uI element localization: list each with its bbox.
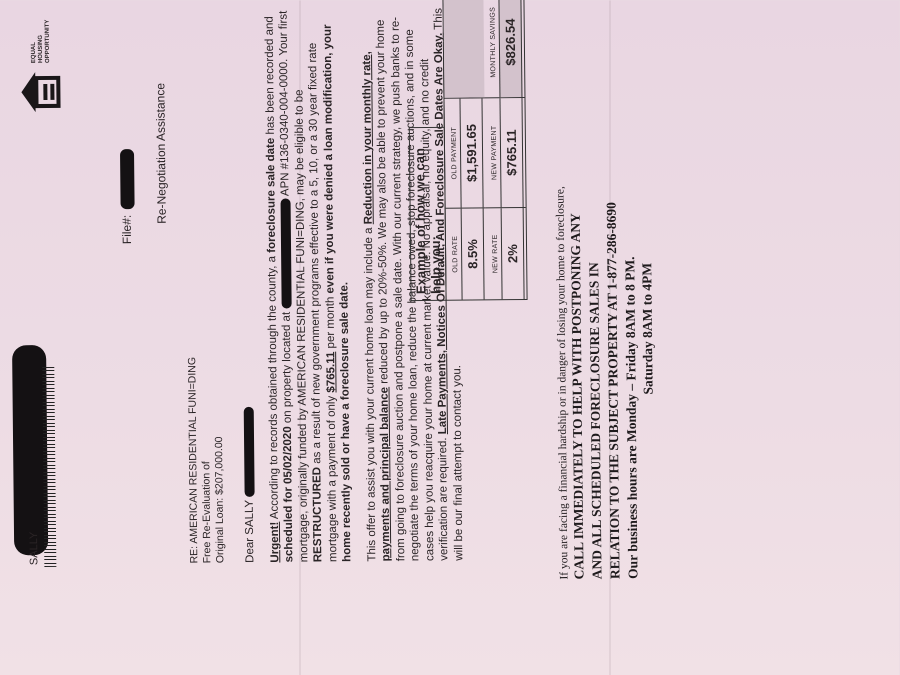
shaded-cell	[443, 0, 484, 98]
paragraph-1: Urgent! According to records obtained th…	[262, 2, 355, 563]
logo-text-line1: EQUAL HOUSING	[30, 13, 45, 63]
redacted-surname	[244, 407, 255, 497]
letter-page: SALLY EQUAL HOUSING OPPORTUNITY File#: R…	[0, 1, 900, 675]
new-rate-cell: NEW RATE 2%	[486, 207, 527, 299]
re-line: RE: AMERICAN RESIDENTIAL FUNI=DING	[186, 357, 201, 564]
savings-example-table: Example of how we can help you: OLD RATE…	[405, 0, 527, 301]
redacted-address	[280, 199, 291, 309]
logo-text-line2: OPPORTUNITY	[44, 13, 52, 63]
file-number: File#:	[119, 149, 135, 244]
example-title: Example of how we can help you:	[409, 127, 446, 301]
old-rate-cell: OLD RATE 8.5%	[446, 207, 487, 299]
equal-housing-logo: EQUAL HOUSING OPPORTUNITY	[21, 13, 62, 115]
file-label: File#:	[120, 215, 134, 244]
re-block: RE: AMERICAN RESIDENTIAL FUNI=DING Free …	[186, 357, 227, 564]
postal-barcode	[42, 367, 56, 567]
redacted-file-number	[120, 149, 135, 209]
equal-housing-house-icon	[21, 69, 61, 115]
recipient-name: SALLY	[28, 532, 40, 566]
call-to-action-notice: If you are facing a financial hardship o…	[553, 79, 658, 580]
salutation: Dear SALLY	[237, 3, 257, 563]
department-title: Re-Negotiation Assistance	[153, 83, 168, 224]
old-payment-cell: OLD PAYMENT $1,591.65	[444, 97, 485, 207]
new-payment-cell: NEW PAYMENT $765.11	[484, 97, 525, 207]
monthly-savings-cell: MONTHLY SAVINGS $826.54	[483, 0, 524, 97]
re-line: Original Loan: $207,000.00	[212, 357, 227, 564]
